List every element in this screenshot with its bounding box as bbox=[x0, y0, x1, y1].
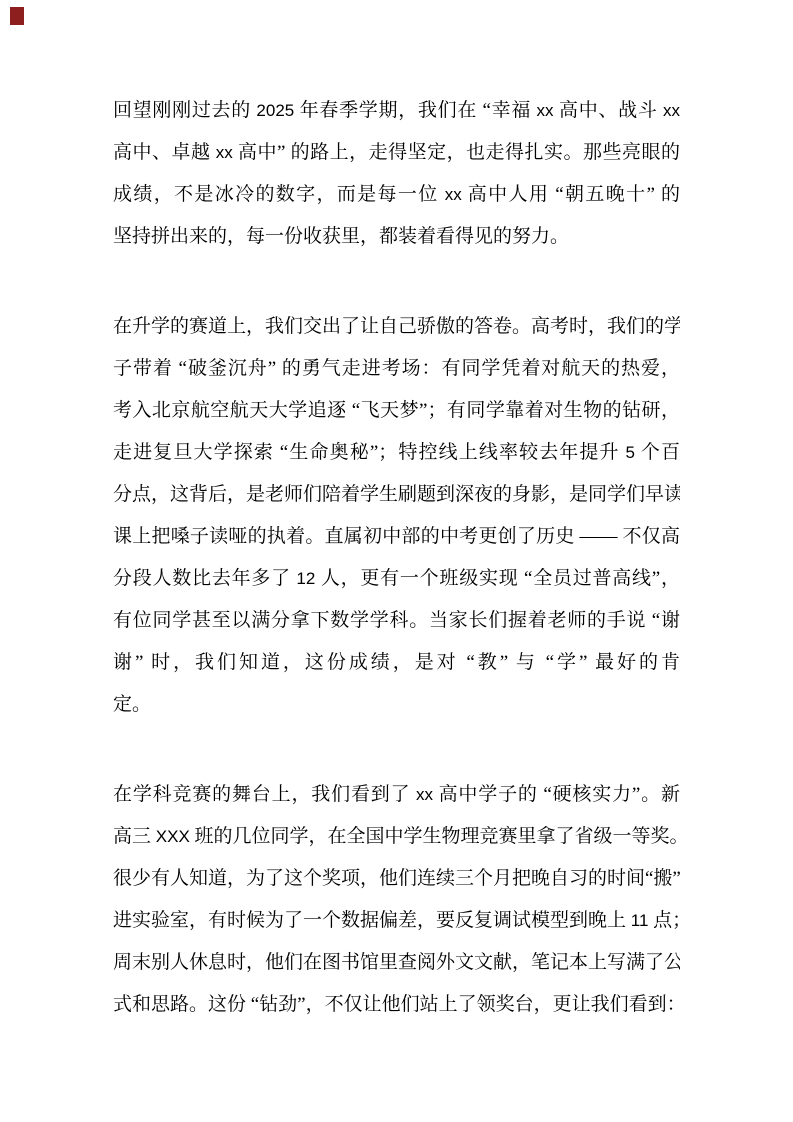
text-line: 成绩，不是冰冷的数字，而是每一位 xx 高中人用 “朝五晚十” 的 bbox=[113, 174, 680, 216]
red-corner-marker bbox=[10, 7, 24, 25]
text-line: 定。 bbox=[113, 684, 680, 726]
document-body: 回望刚刚过去的 2025 年春季学期，我们在 “幸福 xx 高中、战斗 xx高中… bbox=[113, 90, 680, 1026]
text-line: 周末别人休息时，他们在图书馆里查阅外文文献，笔记本上写满了公 bbox=[113, 942, 680, 984]
text-line: 子带着 “破釜沉舟” 的勇气走进考场：有同学凭着对航天的热爱， bbox=[113, 348, 680, 390]
text-line: 很少有人知道，为了这个奖项，他们连续三个月把晚自习的时间“搬” bbox=[113, 858, 680, 900]
text-line: 坚持拼出来的，每一份收获里，都装着看得见的努力。 bbox=[113, 216, 680, 258]
text-line: 有位同学甚至以满分拿下数学学科。当家长们握着老师的手说 “谢 bbox=[113, 600, 680, 642]
text-line: 在升学的赛道上，我们交出了让自己骄傲的答卷。高考时，我们的学 bbox=[113, 306, 680, 348]
text-line: 分点，这背后，是老师们陪着学生刷题到深夜的身影，是同学们早读 bbox=[113, 474, 680, 516]
latin-text: xx bbox=[663, 101, 680, 120]
text-line: 走进复旦大学探索 “生命奥秘”；特控线上线率较去年提升 5 个百 bbox=[113, 432, 680, 474]
text-line: 高三 XXX 班的几位同学，在全国中学生物理竞赛里拿了省级一等奖。 bbox=[113, 816, 680, 858]
text-line: 在学科竞赛的舞台上，我们看到了 xx 高中学子的 “硬核实力”。新 bbox=[113, 774, 680, 816]
latin-text: 12 bbox=[296, 569, 315, 588]
latin-text: XXX bbox=[156, 827, 190, 846]
latin-text: 5 bbox=[626, 443, 635, 462]
latin-text: xx bbox=[537, 101, 554, 120]
text-line: 回望刚刚过去的 2025 年春季学期，我们在 “幸福 xx 高中、战斗 xx bbox=[113, 90, 680, 132]
latin-text: xx bbox=[216, 143, 233, 162]
latin-text: xx bbox=[445, 185, 462, 204]
text-line: 进实验室，有时候为了一个数据偏差，要反复调试模型到晚上 11 点； bbox=[113, 900, 680, 942]
paragraph-2: 在升学的赛道上，我们交出了让自己骄傲的答卷。高考时，我们的学子带着 “破釜沉舟”… bbox=[113, 306, 680, 726]
text-line: 式和思路。这份 “钻劲”，不仅让他们站上了领奖台，更让我们看到： bbox=[113, 984, 680, 1026]
text-line: 谢” 时，我们知道，这份成绩，是对 “教” 与 “学” 最好的肯 bbox=[113, 642, 680, 684]
paragraph-1: 回望刚刚过去的 2025 年春季学期，我们在 “幸福 xx 高中、战斗 xx高中… bbox=[113, 90, 680, 258]
text-line: 课上把嗓子读哑的执着。直属初中部的中考更创了历史 —— 不仅高 bbox=[113, 516, 680, 558]
text-line: 分段人数比去年多了 12 人，更有一个班级实现 “全员过普高线”， bbox=[113, 558, 680, 600]
text-line: 考入北京航空航天大学追逐 “飞天梦”；有同学靠着对生物的钻研， bbox=[113, 390, 680, 432]
text-line: 高中、卓越 xx 高中” 的路上，走得坚定，也走得扎实。那些亮眼的 bbox=[113, 132, 680, 174]
latin-text: xx bbox=[416, 785, 433, 804]
latin-text: 11 bbox=[631, 911, 649, 930]
latin-text: 2025 bbox=[256, 101, 294, 120]
paragraph-3: 在学科竞赛的舞台上，我们看到了 xx 高中学子的 “硬核实力”。新高三 XXX … bbox=[113, 774, 680, 1026]
